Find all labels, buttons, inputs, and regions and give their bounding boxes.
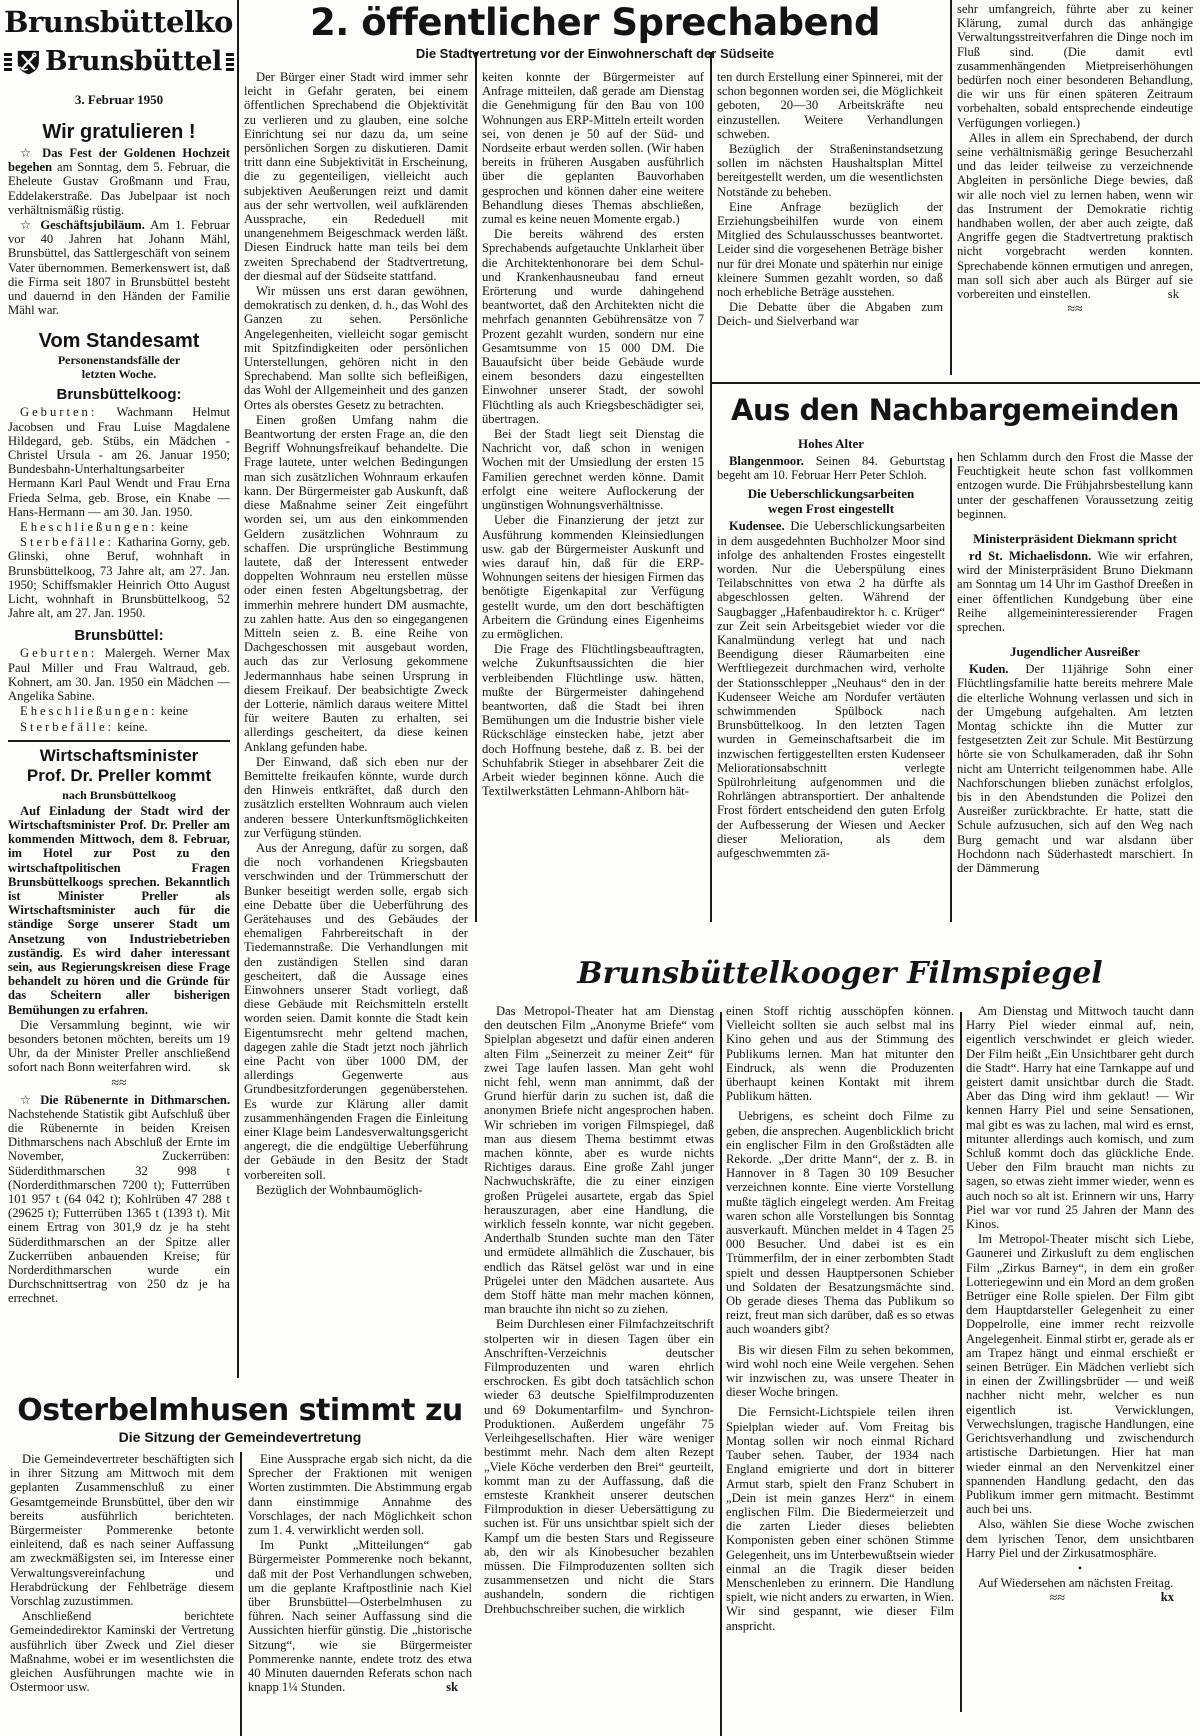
masthead-title-line1: Brunsbüttelkoog	[4, 4, 234, 40]
osterbelmhusen-col-2: Eine Aussprache ergab sich nicht, da die…	[248, 1452, 472, 1736]
nachbar-col-1: Hohes Alter Blangenmoor. Seinen 84. Gebu…	[717, 432, 945, 922]
column-rule	[240, 1452, 242, 1736]
column-rule	[950, 0, 952, 375]
preller-subtitle: nach Brunsbüttelkoog	[8, 786, 230, 804]
author-signature: sk	[434, 1680, 458, 1694]
ornament-divider: ≈≈	[957, 303, 1193, 317]
section-divider	[8, 740, 230, 742]
sprechabend-col-4: sehr umfangreich, führte aber zu keiner …	[957, 2, 1193, 382]
standesamt-place: Brunsbüttel:	[8, 626, 230, 646]
sprechabend-col-1: Der Bürger einer Stadt wird immer sehr l…	[244, 70, 468, 1380]
filmspiegel-col-3: Am Dienstag und Mittwoch taucht dann Har…	[966, 1004, 1194, 1736]
gratulieren-item: ☆ Geschäftsjubiläum. Am 1. Februar vor 4…	[8, 218, 230, 317]
sprechabend-col-3: ten durch Erstellung einer Spinnerei, mi…	[717, 70, 943, 375]
standesamt-entry: Eheschließungen: keine	[8, 704, 230, 718]
standesamt-subtitle: Personenstandsfälle der letzten Woche.	[8, 353, 230, 381]
ornament-divider: ≈≈	[8, 1077, 230, 1091]
gratulieren-title: Wir gratulieren !	[8, 120, 230, 144]
gratulieren-item: ☆ Das Fest der Goldenen Hochzeit begehen…	[8, 146, 230, 217]
author-signature: sk	[207, 1060, 230, 1074]
stripe-right-icon	[226, 53, 234, 71]
left-column: Wir gratulieren ! ☆ Das Fest der Goldene…	[8, 120, 230, 1385]
preller-lead: Auf Einladung der Stadt wird der Wirtsch…	[8, 804, 230, 1017]
rueben-article: ☆ Die Rübenernte in Dithmarschen. Nachst…	[8, 1093, 230, 1306]
star-icon: ☆	[20, 146, 42, 160]
preller-body: Die Versammlung beginnt, wie wir besonde…	[8, 1018, 230, 1075]
sprechabend-subtitle: Die Stadtvertretung vor der Einwohnersch…	[245, 46, 945, 62]
issue-date: 3. Februar 1950	[4, 92, 234, 108]
sprechabend-col-2: keiten konnte der Bürgermeister auf Anfr…	[482, 70, 704, 920]
column-rule	[950, 458, 952, 922]
masthead: Brunsbüttelkoog Brunsbüttel 3. Februar 1…	[4, 4, 234, 116]
column-rule	[720, 1012, 722, 1736]
filmspiegel-col-2: einen Stoff richtig ausschöpfen können. …	[726, 1004, 954, 1736]
coat-of-arms-anchor-icon	[16, 40, 41, 84]
filmspiegel-title: Brunsbüttelkooger Filmspiegel	[480, 950, 1200, 998]
standesamt-entry: Sterbefälle: keine.	[8, 720, 230, 734]
column-rule	[960, 1012, 962, 1712]
stripe-left-icon	[4, 53, 12, 71]
author-signature: kx	[1149, 1590, 1174, 1604]
section-divider	[712, 382, 1200, 384]
sprechabend-title: 2. öffentlicher Sprechabend	[245, 0, 945, 46]
osterbelmhusen-col-1: Die Gemeindevertreter beschäftigten sich…	[10, 1452, 234, 1736]
standesamt-entry: Geburten: Malergeh. Werner Max Paul Mill…	[8, 646, 230, 703]
star-icon: ☆	[20, 1093, 40, 1107]
standesamt-title: Vom Standesamt	[8, 329, 230, 353]
osterbelmhusen-title: Osterbelmhusen stimmt zu	[0, 1392, 480, 1430]
column-rule	[475, 52, 477, 922]
column-rule	[237, 0, 239, 1378]
star-icon: ☆	[20, 218, 40, 232]
preller-title: Wirtschaftsminister Prof. Dr. Preller ko…	[8, 746, 230, 786]
author-signature: sk	[1156, 287, 1179, 301]
standesamt-entry: Geburten: Wachmann Helmut Jacobsen und F…	[8, 405, 230, 519]
filmspiegel-col-1: Das Metropol-Theater hat am Dienstag den…	[484, 1004, 714, 1736]
column-rule	[710, 52, 712, 922]
nachbar-col-2: hen Schlamm durch den Frost die Masse de…	[957, 450, 1193, 922]
standesamt-entry: Sterbefälle: Katharina Gorny, geb. Glins…	[8, 535, 230, 620]
standesamt-entry: Eheschließungen: keine	[8, 520, 230, 534]
bullet-separator: •	[966, 1561, 1194, 1576]
standesamt-place: Brunsbüttelkoog:	[8, 385, 230, 405]
osterbelmhusen-subtitle: Die Sitzung der Gemeindevertretung	[0, 1428, 480, 1446]
nachbar-title: Aus den Nachbargemeinden	[714, 390, 1196, 430]
masthead-title-line2: Brunsbüttel	[45, 44, 222, 80]
